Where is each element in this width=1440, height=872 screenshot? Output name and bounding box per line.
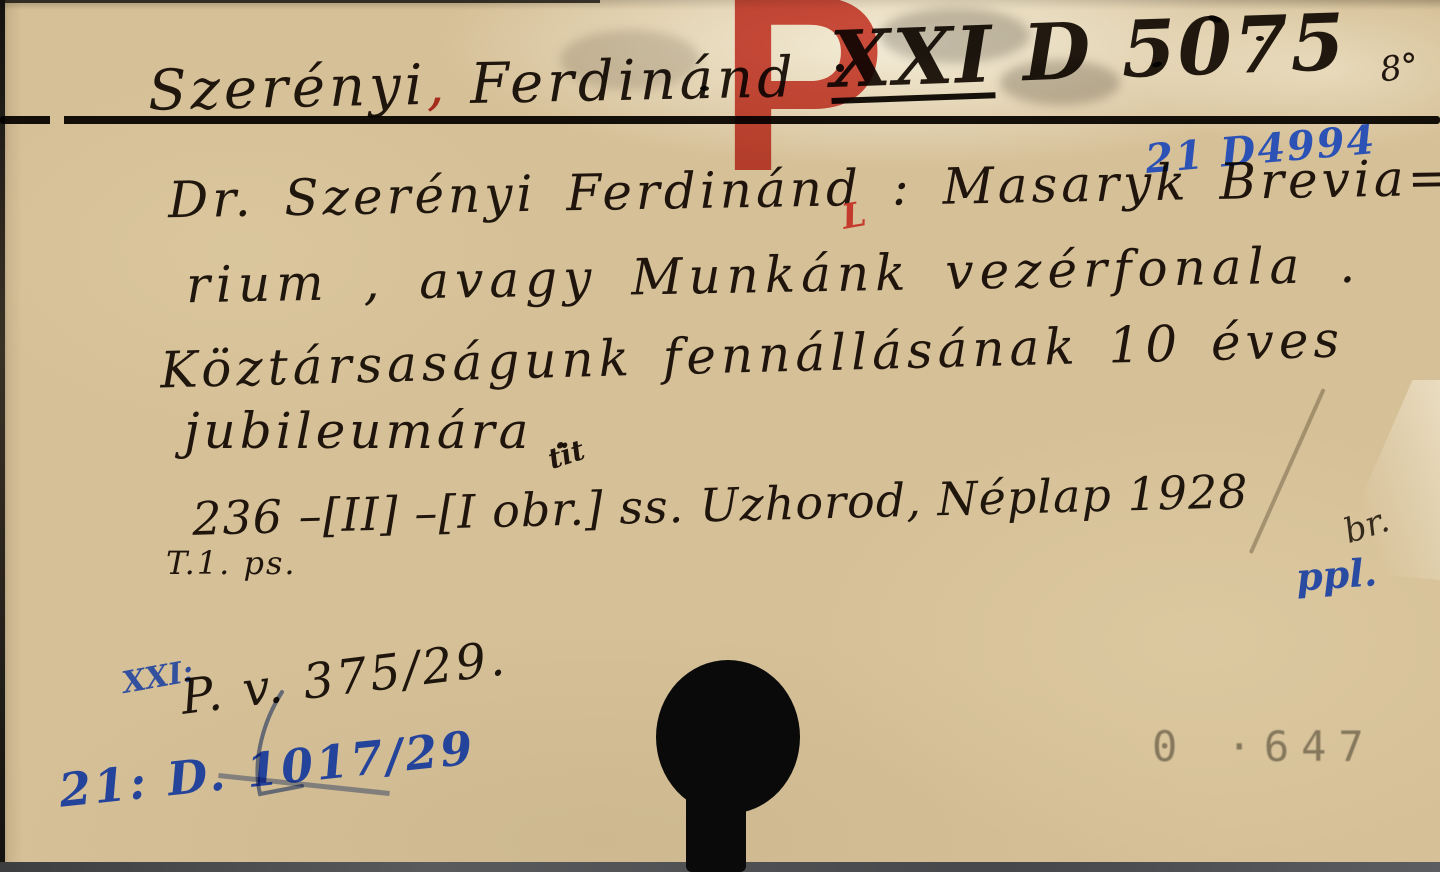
binding-note-blue: ppl. <box>1295 549 1379 600</box>
header-rule <box>0 116 1440 124</box>
volume-note: T.1. ps. <box>166 544 297 582</box>
format-note: 8° <box>1377 46 1421 91</box>
red-comma-mark: , <box>426 53 449 118</box>
record-line-4: jubileumára . <box>184 402 572 460</box>
faint-inventory-stamp: 0 ·647 <box>1152 722 1376 771</box>
author-heading: Szerényi, Ferdinánd <box>147 45 797 124</box>
catalog-card-scan: P Szerényi, Ferdinánd XXI D 5075 8° 21 D… <box>0 0 1440 872</box>
author-first-name: Ferdinánd <box>469 45 797 117</box>
header-rule-gap <box>50 114 64 126</box>
call-number-class: XXI <box>829 18 995 104</box>
scan-edge-left <box>0 0 5 872</box>
call-number: XXI D 5075 <box>829 0 1348 106</box>
record-line-1: Dr. Szerényi Ferdinánd : Masaryk Brevia= <box>168 149 1440 229</box>
blue-check-stroke <box>230 690 310 810</box>
paper-tear-crease <box>1249 388 1326 554</box>
call-number-shelf: D 5075 <box>1021 0 1348 99</box>
paper-tear-highlight <box>1330 380 1440 580</box>
accession-number-black: P. v. 375/29. <box>178 630 511 726</box>
author-last-name: Szerényi <box>147 53 427 124</box>
punch-hole-keyhole-stem <box>686 780 746 872</box>
record-line-2: rium , avagy Munkánk vezérfonala . <box>186 236 1362 315</box>
scan-edge-top <box>0 0 600 3</box>
record-line-3: Köztársaságunk fennállásának 10 éves <box>159 311 1344 400</box>
collation-imprint-line: 236 –[II] –[I obr.] ss. Uzhorod, Néplap … <box>191 464 1249 546</box>
